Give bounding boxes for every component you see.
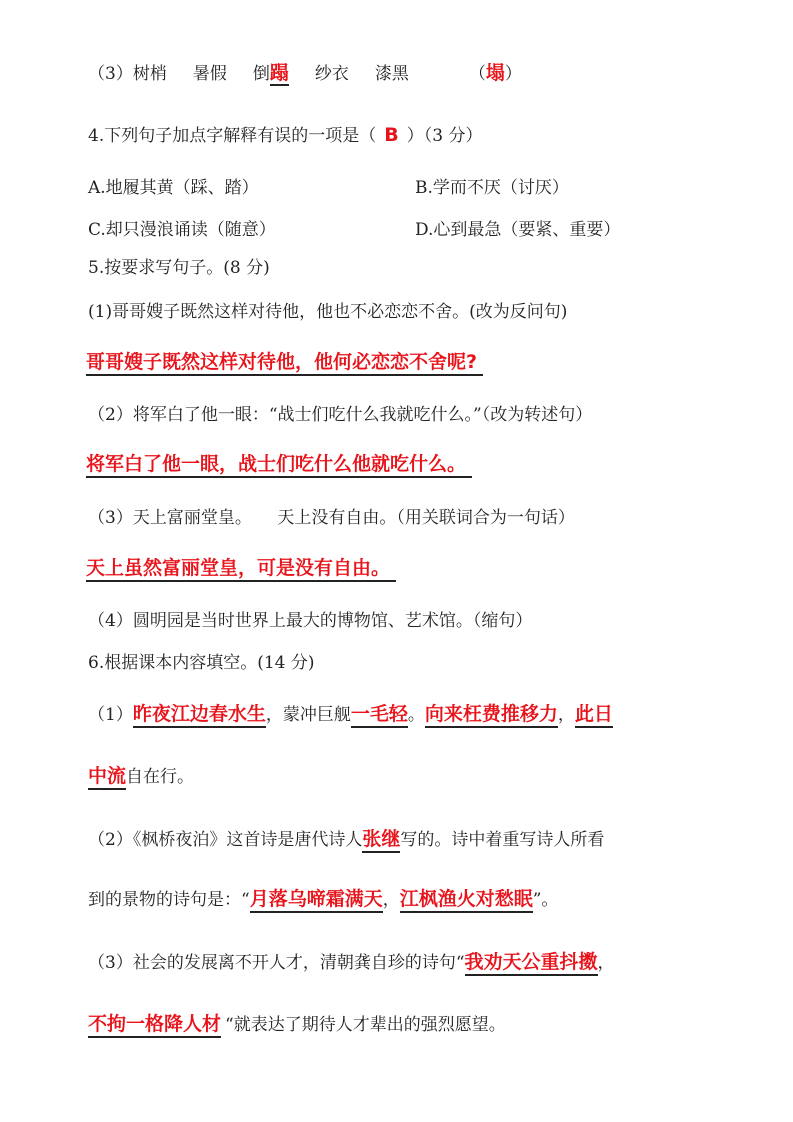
q4-option-a: A.地履其黄（踩、踏） — [88, 177, 259, 199]
paren-close: ） — [505, 64, 522, 84]
q6-item2-line1: （2）《枫桥夜泊》这首诗是唐代诗人张继写的。诗中着重写诗人所看 — [88, 828, 604, 851]
q6-item3-blank2: 不拘一格降人材 — [88, 1013, 221, 1038]
wrong-char-answer: 蹋 — [270, 62, 289, 86]
q4-option-d: D.心到最急（要紧、重要） — [415, 219, 620, 241]
q6-item1-text1: ，蒙冲巨舰 — [266, 705, 351, 725]
q4-option-b: B.学而不厌（讨厌） — [415, 177, 569, 199]
word-4: 纱衣 — [315, 64, 349, 84]
q6-item2-text1: 《枫桥夜泊》这首诗是唐代诗人 — [133, 830, 363, 850]
q6-item1-text4: 自在行。 — [126, 767, 194, 787]
q6-item3-line2: 不拘一格降人材“就表达了期待人才辈出的强烈愿望。 — [88, 1013, 506, 1036]
paren-open: （ — [469, 64, 486, 84]
q5-title: 5.按要求写句子。(8 分) — [88, 257, 270, 279]
q6-item3-text3: “就表达了期待人才辈出的强烈愿望。 — [225, 1015, 506, 1035]
q6-item3-label: （3） — [88, 953, 133, 973]
q6-item1-text2: 。 — [408, 705, 425, 725]
q6-item1-blank4a: 此日 — [575, 703, 613, 728]
q6-item3-line1: （3）社会的发展离不开人才，清朝龚自珍的诗句“我劝天公重抖擞， — [88, 951, 615, 974]
q6-title: 6.根据课本内容填空。(14 分) — [88, 652, 315, 674]
q6-item1-label: （1） — [88, 705, 133, 725]
q6-item1-line2: 中流自在行。 — [88, 765, 194, 788]
q6-item2-label: （2） — [88, 830, 133, 850]
q5-item2-answer: 将军白了他一眼，战士们吃什么他就吃什么。 — [86, 452, 472, 478]
q6-item1-blank3: 向来枉费推移力 — [425, 703, 558, 728]
q6-item2-text4: ， — [383, 890, 400, 910]
word-2: 暑假 — [193, 64, 227, 84]
q4-prompt: 4.下列句子加点字解释有误的一项是（ — [88, 126, 376, 146]
q6-item2-text2: 写的。诗中着重写诗人所看 — [400, 830, 604, 850]
q5-item3-answer: 天上虽然富丽堂皇，可是没有自由。 — [86, 556, 396, 582]
q3-item3-label: （3） — [88, 64, 133, 84]
q6-item1-blank1: 昨夜江边春水生 — [133, 703, 266, 728]
correct-char-answer: 塌 — [486, 62, 505, 84]
q5-item1-answer: 哥哥嫂子既然这样对待他，他何必恋恋不舍呢? — [86, 350, 483, 376]
q6-item2-blank1: 张继 — [362, 828, 400, 853]
q6-item1-blank4b: 中流 — [88, 765, 126, 790]
word-3: 倒 — [253, 64, 270, 84]
word-1: 树梢 — [133, 64, 167, 84]
q4-suffix: ）（3 分） — [407, 126, 483, 146]
q5-item3-prompt: （3）天上富丽堂皇。 天上没有自由。（用关联词合为一句话） — [88, 507, 575, 529]
q4-answer: B — [384, 124, 398, 146]
q6-item2-blank3: 江枫渔火对愁眠 — [400, 888, 533, 913]
q5-item4-prompt: （4）圆明园是当时世界上最大的博物馆、艺术馆。（缩句） — [88, 610, 532, 632]
q5-item1-prompt: (1)哥哥嫂子既然这样对待他，他也不必恋恋不舍。(改为反问句) — [88, 301, 567, 323]
q6-item1-blank2: 一毛轻 — [351, 703, 408, 728]
q6-item2-text3: 到的景物的诗句是：“ — [88, 890, 250, 910]
q6-item2-line2: 到的景物的诗句是：“月落乌啼霜满天，江枫渔火对愁眠”。 — [88, 888, 558, 911]
q5-item2-prompt: （2）将军白了他一眼：“战士们吃什么我就吃什么。”（改为转述句） — [88, 404, 592, 426]
q6-item3-text2: ， — [598, 953, 615, 973]
q4-option-c: C.却只漫浪诵读（随意） — [88, 219, 276, 241]
q6-item2-text5: ”。 — [533, 890, 559, 910]
q6-item3-text1: 社会的发展离不开人才，清朝龚自珍的诗句“ — [133, 953, 465, 973]
word-5: 漆黑 — [375, 64, 409, 84]
q6-item2-blank2: 月落乌啼霜满天 — [250, 888, 383, 913]
q6-item1-line1: （1）昨夜江边春水生，蒙冲巨舰一毛轻。向来枉费推移力，此日 — [88, 703, 613, 726]
q3-item3-row: （3）树梢暑假倒蹋纱衣漆黑（塌） — [88, 62, 522, 85]
q6-item3-blank1: 我劝天公重抖擞 — [465, 951, 598, 976]
q4-prompt-row: 4.下列句子加点字解释有误的一项是（B）（3 分） — [88, 124, 482, 147]
q6-item1-text3: ， — [558, 705, 575, 725]
